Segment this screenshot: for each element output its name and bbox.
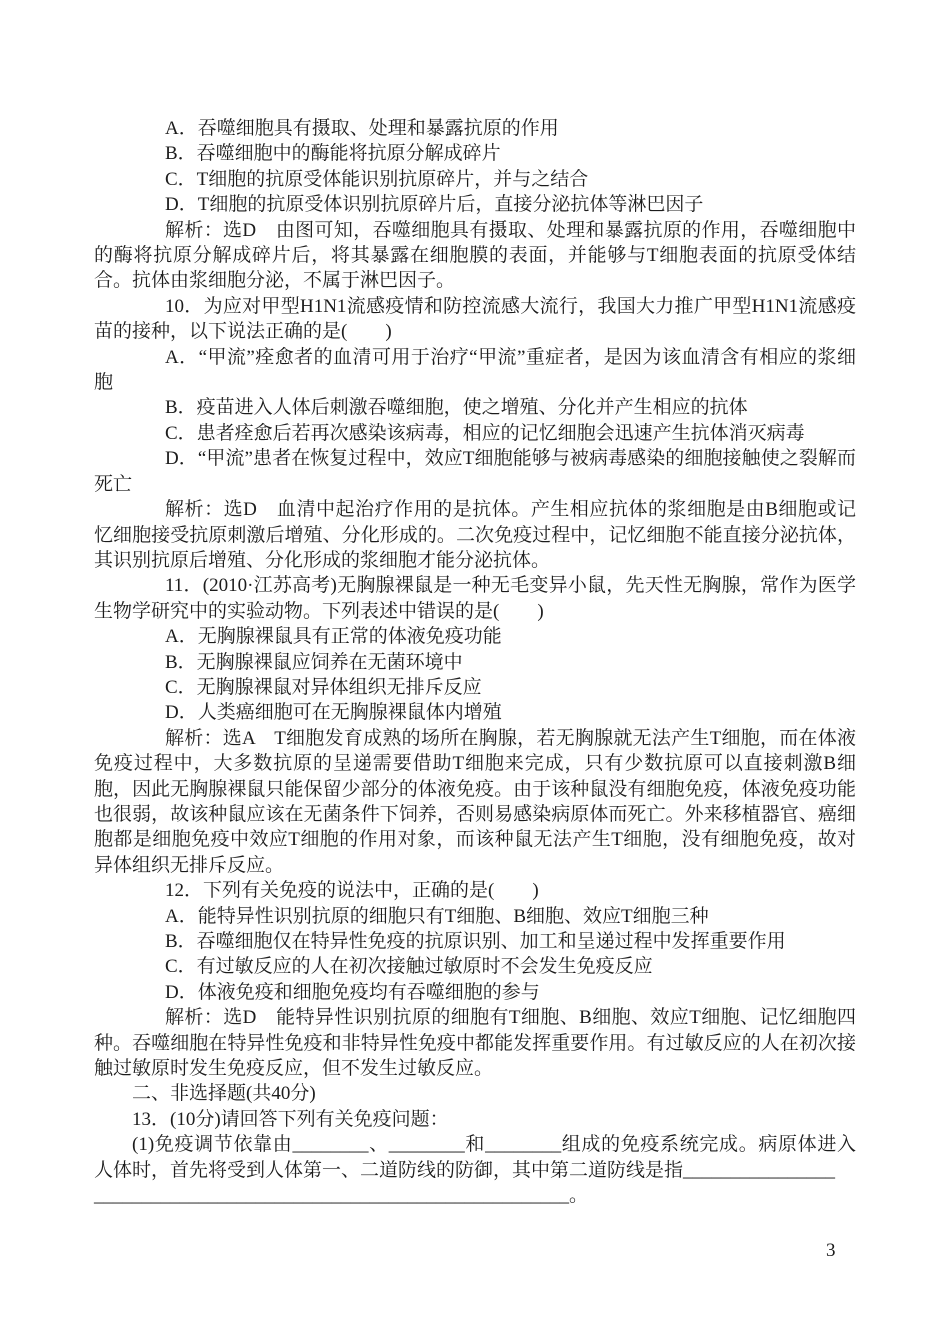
q9-analysis: 解析：选D 由图可知，吞噬细胞具有摄取、处理和暴露抗原的作用，吞噬细胞中的酶将抗… [94,218,856,294]
q10-option-b: B．疫苗进入人体后刺激吞噬细胞，使之增殖、分化并产生相应的抗体 [94,395,856,420]
page-number: 3 [826,1240,836,1262]
q9-option-d: D．T细胞的抗原受体识别抗原碎片后，直接分泌抗体等淋巴因子 [94,192,856,217]
q11-option-a: A．无胸腺裸鼠具有正常的体液免疫功能 [94,624,856,649]
q12-option-d: D．体液免疫和细胞免疫均有吞噬细胞的参与 [94,980,856,1005]
q9-option-a: A．吞噬细胞具有摄取、处理和暴露抗原的作用 [94,116,856,141]
q12-stem: 12．下列有关免疫的说法中，正确的是( ) [94,878,856,903]
q10-option-c: C．患者痊愈后若再次感染该病毒，相应的记忆细胞会迅速产生抗体消灭病毒 [94,421,856,446]
q11-option-c: C．无胸腺裸鼠对异体组织无排斥反应 [94,675,856,700]
q11-analysis: 解析：选A T细胞发育成熟的场所在胸腺，若无胸腺就无法产生T细胞，而在体液免疫过… [94,726,856,878]
q12-analysis: 解析：选D 能特异性识别抗原的细胞有T细胞、B细胞、效应T细胞、记忆细胞四种。吞… [94,1005,856,1081]
q10-option-d: D．“甲流”患者在恢复过程中，效应T细胞能够与被病毒感染的细胞接触使之裂解而死亡 [94,446,856,497]
q10-stem: 10．为应对甲型H1N1流感疫情和防控流感大流行，我国大力推广甲型H1N1流感疫… [94,294,856,345]
q11-option-d: D．人类癌细胞可在无胸腺裸鼠体内增殖 [94,700,856,725]
q12-option-c: C．有过敏反应的人在初次接触过敏原时不会发生免疫反应 [94,954,856,979]
q10-option-a: A．“甲流”痊愈者的血清可用于治疗“甲流”重症者，是因为该血清含有相应的浆细胞 [94,345,856,396]
q11-stem: 11．(2010·江苏高考)无胸腺裸鼠是一种无毛变异小鼠，先天性无胸腺，常作为医… [94,573,856,624]
section-heading: 二、非选择题(共40分) [94,1081,856,1106]
q13-part1-fill-in-paragraph: (1)免疫调节依靠由________、________和________组成的免… [94,1132,856,1183]
q12-option-b: B．吞噬细胞仅在特异性免疫的抗原识别、加工和呈递过程中发挥重要作用 [94,929,856,954]
q12-option-a: A．能特异性识别抗原的细胞只有T细胞、B细胞、效应T细胞三种 [94,904,856,929]
q10-analysis: 解析：选D 血清中起治疗作用的是抗体。产生相应抗体的浆细胞是由B细胞或记忆细胞接… [94,497,856,573]
q11-option-b: B．无胸腺裸鼠应饲养在无菌环境中 [94,650,856,675]
q13-part1-blank-line: ________________________________________… [94,1183,856,1208]
q9-option-c: C．T细胞的抗原受体能识别抗原碎片，并与之结合 [94,167,856,192]
document-page: A．吞噬细胞具有摄取、处理和暴露抗原的作用 B．吞噬细胞中的酶能将抗原分解成碎片… [0,0,950,1344]
q13-intro: 13．(10分)请回答下列有关免疫问题： [94,1107,856,1132]
text-content: A．吞噬细胞具有摄取、处理和暴露抗原的作用 B．吞噬细胞中的酶能将抗原分解成碎片… [94,116,856,1208]
q9-option-b: B．吞噬细胞中的酶能将抗原分解成碎片 [94,141,856,166]
